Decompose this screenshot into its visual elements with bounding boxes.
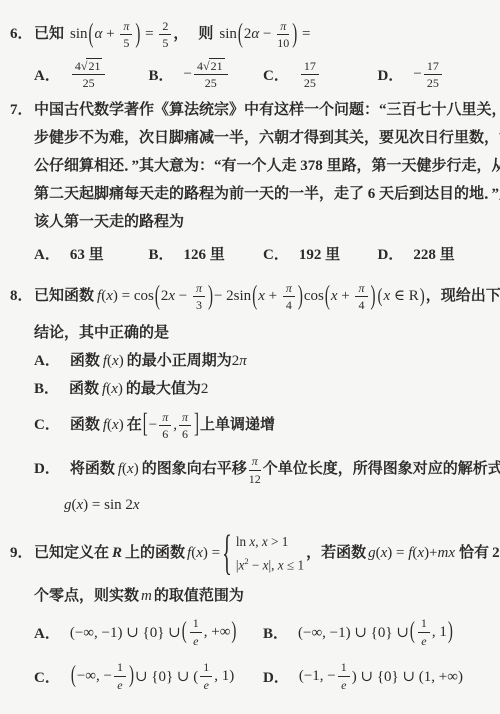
denominator: 25: [424, 75, 442, 90]
numerator: 17: [301, 59, 319, 75]
fraction: 1e: [190, 616, 202, 648]
math-run: x: [168, 288, 175, 304]
stretch-delimiter: (: [377, 268, 384, 325]
math-run: x: [106, 288, 113, 304]
option-content: 192 里: [299, 243, 340, 264]
denominator: e: [338, 677, 350, 692]
stretch-delimiter: ]: [193, 386, 200, 465]
options-row: A．4√2125B．−4√2125C．1725D．−1725: [34, 59, 492, 91]
fraction: 1e: [338, 660, 350, 692]
question-number: 6．: [10, 12, 33, 56]
text-run: 步健步不为难，次日脚痛减一半，六朝才得到其关，要见次日行里数，请: [34, 130, 500, 146]
option-content: 1725: [299, 59, 321, 91]
math-run: 17: [427, 59, 439, 73]
option-B: B．126 里: [149, 238, 264, 268]
math-run: 1: [117, 660, 123, 674]
option-label: D．: [378, 64, 404, 85]
fraction: 1e: [418, 616, 430, 648]
stretch-delimiter: (: [88, 0, 95, 74]
fraction: 1e: [200, 660, 212, 692]
options-row: A．(−∞, −1) ∪ {0} ∪ (1e, +∞)B．(−∞, −1) ∪ …: [34, 612, 492, 700]
math-run: π: [286, 281, 292, 295]
text-run: 公仔细算相还．”其大意为：“有一个人走 378 里路，第一天健步行走，从: [34, 158, 500, 174]
question-line: 该人第一天走的路程为: [34, 208, 492, 236]
numerator: π: [355, 281, 367, 297]
math-run: ∈ R: [390, 288, 419, 304]
option-content: −4√2125: [184, 59, 230, 91]
math-run: x: [196, 545, 203, 561]
fraction: π12: [249, 454, 261, 486]
option-C: C．192 里: [263, 238, 378, 268]
numerator: π: [193, 281, 205, 297]
option-label: A．: [34, 622, 60, 643]
math-run: m: [141, 588, 152, 604]
numerator: 1: [200, 660, 212, 676]
option-label: C．: [34, 417, 60, 433]
math-run: , 1: [432, 624, 447, 641]
numerator: π: [277, 19, 289, 35]
math-run: cos: [304, 288, 324, 304]
text-run: 上单调递增: [200, 417, 275, 433]
math-run: x: [133, 497, 140, 513]
math-run: , +∞: [204, 624, 231, 641]
question-line: 步健步不为难，次日脚痛减一半，六朝才得到其关，要见次日行里数，请: [34, 124, 492, 152]
math-run: ,: [173, 417, 177, 433]
math-run: ): [119, 353, 124, 369]
stretch-delimiter: ): [419, 268, 426, 325]
math-run: +: [338, 288, 354, 304]
math-run: 2: [201, 381, 209, 397]
denominator: e: [190, 633, 202, 648]
text-run: 结论，其中正确的是: [34, 325, 169, 341]
denominator: 25: [194, 75, 228, 90]
math-run: m: [438, 545, 449, 561]
math-run: 6: [162, 427, 168, 441]
text-run: 228 里: [413, 243, 454, 264]
piecewise-cases: {ln x, x > 1|x2 − x|, x ≤ 1: [222, 526, 304, 582]
option-label: D．: [34, 461, 60, 477]
math-run: 2: [162, 19, 168, 33]
math-run: 4: [286, 298, 292, 312]
stretch-delimiter: ): [291, 0, 298, 74]
option-label: B．: [34, 381, 59, 397]
question-line: 7．中国古代数学著作《算法统宗》中有这样一个问题：“三百七十八里关，初: [34, 96, 492, 124]
text-run: 函数: [70, 417, 100, 433]
option-D: D．228 里: [378, 238, 493, 268]
question-number: 7．: [10, 96, 33, 124]
option-D: D．−1725: [378, 59, 493, 91]
math-run: 10: [277, 36, 289, 50]
denominator: 6: [159, 426, 171, 441]
math-run: e: [117, 678, 122, 692]
math-run: +: [265, 288, 281, 304]
numerator: π: [249, 454, 261, 470]
exam-document-page: 6．已知sin(α + π5) = 25，则sin(2α − π10) =A．4…: [0, 0, 500, 714]
math-run: −: [184, 66, 192, 83]
math-run: 1: [193, 616, 199, 630]
option-content: (−∞, −1e) ∪ {0} ∪ (1e, 1): [70, 660, 234, 692]
option-label: B．: [149, 64, 174, 85]
denominator: 4: [355, 297, 367, 312]
text-run: 第二天起脚痛每天走的路程为前一天的一半，走了 6 天后到达目的地．”则: [34, 186, 500, 202]
option-line: B．函数f(x)的最大值为2: [34, 375, 492, 403]
option-label: B．: [263, 622, 288, 643]
math-run: (−∞, −1) ∪ {0} ∪: [298, 623, 409, 642]
denominator: e: [200, 677, 212, 692]
option-content: 126 里: [184, 243, 225, 264]
denominator: 5: [159, 35, 171, 50]
numerator: π: [283, 281, 295, 297]
question-line: 公仔细算相还．”其大意为：“有一个人走 378 里路，第一天健步行走，从: [34, 152, 492, 180]
fraction: 1725: [301, 59, 319, 91]
math-run: ∪ {0} ∪ (: [135, 667, 198, 686]
math-run: ln: [236, 534, 250, 549]
math-run: )+: [424, 545, 437, 561]
numerator: π: [179, 410, 191, 426]
option-label: C．: [263, 64, 289, 85]
text-run: 函数: [69, 381, 99, 397]
question-list: 6．已知sin(α + π5) = 25，则sin(2α − π10) =A．4…: [10, 12, 492, 700]
math-run: 4: [75, 59, 81, 73]
text-run: 个单位长度，所得图象对应的解析式为: [263, 461, 500, 477]
question-number: 8．: [10, 274, 33, 318]
text-run: 个零点，则实数: [34, 588, 139, 604]
numerator: π: [159, 410, 171, 426]
question-6: 6．已知sin(α + π5) = 25，则sin(2α − π10) =A．4…: [10, 12, 492, 90]
stretch-delimiter: (: [154, 257, 161, 336]
options-row: A．63 里B．126 里C．192 里D．228 里: [34, 238, 492, 268]
text-run: 上的函数: [125, 545, 185, 561]
math-run: , 1): [214, 668, 234, 685]
text-run: ，若函数: [306, 545, 366, 561]
option-C: C．(−∞, −1e) ∪ {0} ∪ (1e, 1): [34, 656, 263, 696]
question-line: 个零点，则实数m的取值范围为: [34, 582, 492, 610]
option-label: A．: [34, 243, 60, 264]
option-content: −1725: [413, 59, 443, 91]
text-run: 63 里: [70, 243, 104, 264]
text-run: 已知: [34, 26, 64, 42]
stretch-delimiter: ): [207, 257, 214, 336]
math-run: =: [141, 26, 157, 42]
stretch-delimiter: (: [181, 618, 188, 645]
radical: √21: [203, 59, 225, 73]
option-B: B．−4√2125: [149, 59, 264, 91]
fraction: π4: [283, 281, 295, 313]
text-run: 将函数: [70, 461, 115, 477]
text-run: 的最小正周期为: [127, 353, 232, 369]
question-8: 8．已知函数f(x) = cos(2x − π3)− 2sin(x + π4)c…: [10, 274, 492, 519]
math-run: ): [134, 461, 139, 477]
math-run: 25: [205, 76, 217, 90]
math-run: 12: [249, 472, 261, 486]
option-content: 63 里: [70, 243, 104, 264]
math-run: π: [162, 410, 168, 424]
math-run: − 2sin: [214, 288, 251, 304]
question-line: 6．已知sin(α + π5) = 25，则sin(2α − π10) =: [34, 12, 492, 57]
math-run: x: [112, 417, 119, 433]
cases-row: |x2 − x|, x ≤ 1: [236, 554, 304, 577]
denominator: 3: [193, 297, 205, 312]
fraction: 1e: [114, 660, 126, 692]
math-run: 25: [304, 76, 316, 90]
denominator: e: [114, 677, 126, 692]
fraction: π3: [193, 281, 205, 313]
math-run: x: [258, 288, 265, 304]
math-run: =: [298, 26, 310, 42]
math-run: −: [249, 557, 263, 572]
fraction: π5: [120, 19, 132, 51]
fraction: 25: [159, 19, 171, 51]
math-run: 5: [162, 36, 168, 50]
text-run: 则: [198, 26, 213, 42]
math-run: π: [252, 454, 258, 468]
question-9: 9．已知定义在R上的函数f(x) ={ln x, x > 1|x2 − x|, …: [10, 525, 492, 700]
denominator: 4: [283, 297, 295, 312]
math-run: R: [112, 545, 122, 561]
stretch-delimiter: ): [447, 618, 454, 645]
stretch-delimiter: (: [324, 257, 331, 336]
stretch-delimiter: ): [230, 618, 237, 645]
fraction: π10: [277, 19, 289, 51]
question-7: 7．中国古代数学著作《算法统宗》中有这样一个问题：“三百七十八里关，初步健步不为…: [10, 96, 492, 268]
option-B: B．(−∞, −1) ∪ {0} ∪ (1e, 1): [263, 612, 492, 652]
math-run: 1: [421, 616, 427, 630]
text-run: 126 里: [184, 243, 225, 264]
option-content: (−∞, −1) ∪ {0} ∪ (1e, +∞): [70, 616, 238, 648]
option-line: D．将函数f(x)的图象向右平移π12个单位长度，所得图象对应的解析式为: [34, 447, 492, 491]
cases-brace: {: [222, 487, 232, 621]
fraction: π6: [179, 410, 191, 442]
math-run: ) = cos: [113, 288, 154, 304]
math-run: π: [182, 410, 188, 424]
question-line: g(x) = sin 2x: [34, 491, 492, 519]
numerator: π: [120, 19, 132, 35]
denominator: 10: [277, 35, 289, 50]
math-run: π: [358, 281, 364, 295]
math-run: (−1, −: [299, 668, 336, 685]
stretch-delimiter: (: [237, 0, 244, 74]
numerator: 17: [424, 59, 442, 75]
math-run: ) =: [203, 545, 220, 561]
radicand: 21: [209, 58, 225, 73]
stretch-delimiter: (: [409, 618, 416, 645]
math-run: x: [127, 461, 134, 477]
math-run: ) = sin 2: [83, 497, 133, 513]
text-run: 已知定义在: [34, 545, 109, 561]
math-run: 1: [341, 660, 347, 674]
denominator: 6: [179, 426, 191, 441]
text-run: 192 里: [299, 243, 340, 264]
math-run: e: [341, 678, 346, 692]
text-run: ，现给出下列四个: [426, 288, 500, 304]
fraction: π4: [355, 281, 367, 313]
option-label: D．: [378, 243, 404, 264]
numerator: 2: [159, 19, 171, 35]
numerator: 1: [338, 660, 350, 676]
math-run: g: [368, 545, 376, 561]
option-label: A．: [34, 353, 60, 369]
text-run: 在: [127, 417, 142, 433]
option-A: A．63 里: [34, 238, 149, 268]
question-number: 9．: [10, 525, 33, 581]
stretch-delimiter: ): [128, 662, 135, 689]
fraction: π6: [159, 410, 171, 442]
math-run: +: [102, 26, 118, 42]
math-run: −: [413, 66, 421, 83]
text-run: 函数: [70, 353, 100, 369]
math-run: 5: [123, 36, 129, 50]
math-run: ) =: [387, 545, 408, 561]
option-content: (−∞, −1) ∪ {0} ∪ (1e, 1): [298, 616, 454, 648]
math-run: 6: [182, 427, 188, 441]
stretch-delimiter: ): [297, 257, 304, 336]
fraction: 4√2125: [194, 59, 228, 91]
numerator: 1: [190, 616, 202, 632]
math-run: 1: [203, 660, 209, 674]
cases-row: ln x, x > 1: [236, 531, 304, 553]
option-line: C．函数f(x)在[−π6,π6]上单调递增: [34, 403, 492, 448]
math-run: −: [259, 26, 275, 42]
math-run: −: [149, 417, 157, 433]
text-run: 恰有: [459, 545, 489, 561]
math-run: e: [204, 678, 209, 692]
option-content: 228 里: [413, 243, 454, 264]
math-run: x: [111, 381, 118, 397]
denominator: 25: [301, 75, 319, 90]
stretch-delimiter: (: [251, 257, 258, 336]
math-run: sin: [70, 26, 88, 42]
math-run: ) ∪ {0} ∪ (1, +∞): [352, 667, 463, 686]
question-line: 第二天起脚痛每天走的路程为前一天的一半，走了 6 天后到达目的地．”则: [34, 180, 492, 208]
math-run: ,: [255, 534, 262, 549]
math-run: π: [280, 19, 286, 33]
math-run: x: [112, 353, 119, 369]
math-run: g: [64, 497, 72, 513]
math-run: |,: [269, 557, 278, 572]
stretch-delimiter: (: [70, 662, 77, 689]
math-run: 4: [358, 298, 364, 312]
math-run: ): [119, 417, 124, 433]
stretch-delimiter: [: [142, 386, 149, 465]
text-run: 已知函数: [34, 288, 94, 304]
denominator: 12: [249, 471, 261, 486]
math-run: x: [331, 288, 338, 304]
option-D: D．(−1, −1e) ∪ {0} ∪ (1, +∞): [263, 656, 492, 696]
math-run: x: [448, 545, 455, 561]
stretch-delimiter: ): [134, 0, 141, 74]
text-run: 中国古代数学著作《算法统宗》中有这样一个问题：“三百七十八里关，初: [34, 102, 500, 118]
math-run: 21: [211, 59, 223, 73]
denominator: 25: [72, 75, 106, 90]
math-run: 3: [196, 298, 202, 312]
numerator: 1: [114, 660, 126, 676]
math-run: (−∞, −1) ∪ {0} ∪: [70, 623, 181, 642]
option-label: C．: [34, 666, 60, 687]
stretch-delimiter: ): [370, 257, 377, 336]
option-label: D．: [263, 666, 289, 687]
math-run: π: [123, 19, 129, 33]
option-content: (−1, −1e) ∪ {0} ∪ (1, +∞): [299, 660, 463, 692]
denominator: 5: [120, 35, 132, 50]
text-run: ，: [173, 26, 188, 42]
math-run: 25: [427, 76, 439, 90]
text-run: 的最大值为: [126, 381, 201, 397]
option-label: C．: [263, 243, 289, 264]
text-run: 2: [492, 545, 500, 561]
math-run: −∞, −: [77, 668, 112, 685]
numerator: 4√21: [194, 59, 228, 75]
question-line: 9．已知定义在R上的函数f(x) ={ln x, x > 1|x2 − x|, …: [34, 525, 492, 582]
denominator: e: [418, 633, 430, 648]
math-run: ): [118, 381, 123, 397]
math-run: 17: [304, 59, 316, 73]
math-run: 25: [83, 76, 95, 90]
question-line: 8．已知函数f(x) = cos(2x − π3)− 2sin(x + π4)c…: [34, 274, 492, 319]
option-label: A．: [34, 64, 60, 85]
math-run: −: [175, 288, 191, 304]
math-run: e: [421, 634, 426, 648]
math-run: π: [196, 281, 202, 295]
numerator: 1: [418, 616, 430, 632]
cases-rows: ln x, x > 1|x2 − x|, x ≤ 1: [236, 531, 304, 576]
option-line: A．函数f(x)的最小正周期为2π: [34, 347, 492, 375]
math-run: ≤ 1: [284, 557, 304, 572]
text-run: 该人第一天走的路程为: [34, 214, 184, 230]
option-C: C．1725: [263, 59, 378, 91]
math-run: sin: [219, 26, 237, 42]
math-run: e: [193, 634, 198, 648]
math-run: π: [239, 353, 247, 369]
math-run: > 1: [268, 534, 289, 549]
option-label: B．: [149, 243, 174, 264]
fraction: 1725: [424, 59, 442, 91]
